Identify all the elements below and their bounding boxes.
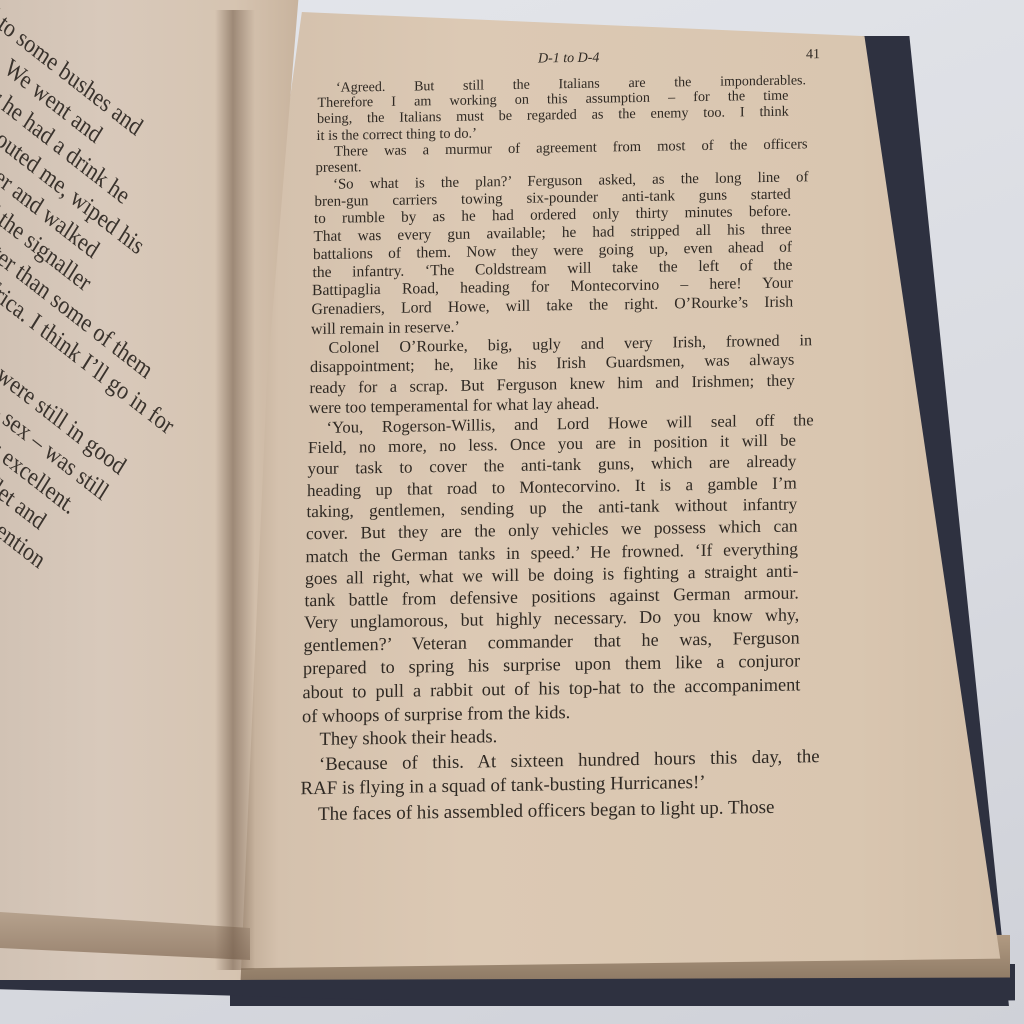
right-page-text: D-1 to D-4 41 ‘Agreed. But still the Ita…: [318, 46, 908, 827]
body-text: ‘Agreed. But still the Italians are the …: [318, 72, 908, 827]
photo-scene: ointed to some bushes andom there. We we…: [0, 0, 1024, 1024]
page-number: 41: [806, 47, 820, 63]
book-gutter: [215, 10, 255, 970]
chapter-title: D-1 to D-4: [538, 51, 599, 68]
